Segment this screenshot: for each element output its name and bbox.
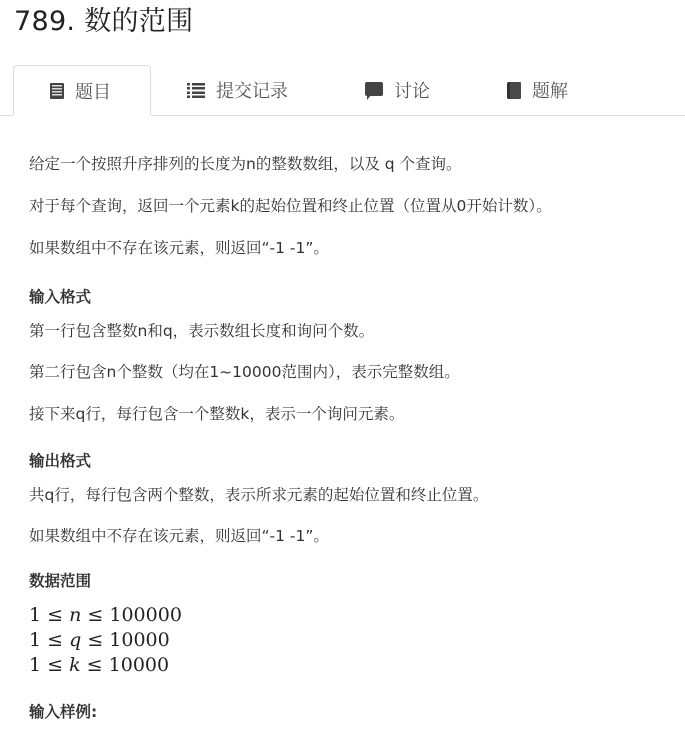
tab-label: 题解 — [532, 77, 568, 103]
output-format-paragraph: 如果数组中不存在该元素，则返回“-1 -1”。 — [29, 525, 329, 547]
data-range-heading: 数据范围 — [29, 570, 91, 592]
tab-problem[interactable]: 题目 — [13, 65, 151, 116]
tab-label: 讨论 — [394, 77, 430, 103]
constraint-k: 1 ≤ k ≤ 10000 — [29, 653, 169, 677]
output-format-paragraph: 共q行，每行包含两个整数，表示所求元素的起始位置和终止位置。 — [29, 484, 488, 506]
list-icon — [187, 83, 205, 98]
output-format-heading: 输出格式 — [29, 450, 91, 472]
constraint-q: 1 ≤ q ≤ 10000 — [29, 628, 170, 652]
description-paragraph: 如果数组中不存在该元素，则返回“-1 -1”。 — [29, 237, 329, 259]
input-format-paragraph: 接下来q行，每行包含一个整数k，表示一个询问元素。 — [29, 403, 404, 425]
constraint-n: 1 ≤ n ≤ 100000 — [29, 603, 182, 627]
input-format-paragraph: 第二行包含n个整数（均在1~10000范围内），表示完整数组。 — [29, 361, 460, 383]
description-paragraph: 对于每个查询，返回一个元素k的起始位置和终止位置（位置从0开始计数）。 — [29, 195, 552, 217]
comment-icon — [365, 82, 383, 96]
tab-label: 题目 — [75, 78, 111, 104]
document-icon — [50, 83, 64, 99]
description-paragraph: 给定一个按照升序排列的长度为n的整数数组，以及 q 个查询。 — [29, 153, 462, 175]
tab-label: 提交记录 — [216, 77, 288, 103]
sample-input-heading: 输入样例: — [29, 701, 97, 723]
tab-discussion[interactable]: 讨论 — [365, 65, 430, 115]
tab-bar: 题目 提交记录 讨论 题解 — [0, 65, 685, 116]
input-format-heading: 输入格式 — [29, 286, 91, 308]
tab-submissions[interactable]: 提交记录 — [187, 65, 288, 115]
input-format-paragraph: 第一行包含整数n和q，表示数组长度和询问个数。 — [29, 320, 374, 342]
book-icon — [507, 82, 521, 99]
problem-title: 789. 数的范围 — [14, 4, 193, 40]
tab-solutions[interactable]: 题解 — [507, 65, 568, 115]
